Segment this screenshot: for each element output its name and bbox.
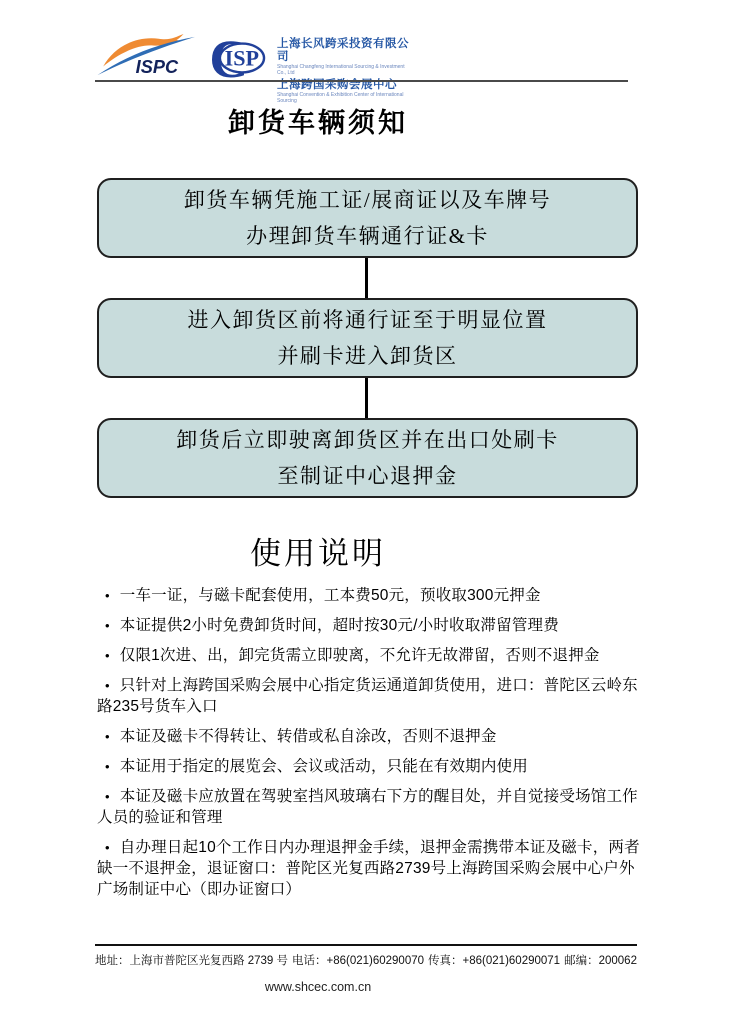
instruction-item: 自办理日起10个工作日内办理退押金手续，退押金需携带本证及磁卡，两者缺一不退押金…: [97, 837, 642, 900]
footer-postal-code: 邮编：200062: [564, 952, 637, 968]
flow-connector-2: [365, 378, 368, 418]
company-name-block: 上海长风跨采投资有限公司 Shanghai Changfeng Internat…: [277, 34, 409, 107]
footer-phone: 电话：+86(021)60290070: [292, 952, 424, 968]
company-en-line1: Shanghai Changfeng International Sourcin…: [277, 64, 409, 76]
flow-step-1-line2: 办理卸货车辆通行证&卡: [246, 218, 489, 254]
ispc-logo-icon: ISPC: [95, 34, 207, 78]
flow-step-3-line1: 卸货后立即驶离卸货区并在出口处刷卡: [176, 422, 559, 458]
footer-divider: [95, 944, 637, 946]
instructions-heading: 使用说明: [0, 528, 636, 573]
company-cn-line1: 上海长风跨采投资有限公司: [277, 38, 409, 64]
footer-contact-line: 地址：上海市普陀区光复西路 2739 号 电话：+86(021)60290070…: [95, 952, 637, 968]
flow-step-2-line2: 并刷卡进入卸货区: [278, 338, 458, 374]
footer-address: 地址：上海市普陀区光复西路 2739 号: [95, 952, 288, 968]
footer-fax: 传真：+86(021)60290071: [428, 952, 560, 968]
notice-document-page: ISPC C ISP 上海长风跨采投资有限公司 Shanghai Changfe…: [0, 0, 732, 1024]
instruction-item: 本证及磁卡应放置在驾驶室挡风玻璃右下方的醒目处，并自觉接受场馆工作人员的验证和管…: [97, 786, 642, 828]
instructions-list: 一车一证，与磁卡配套使用，工本费50元，预收取300元押金 本证提供2小时免费卸…: [97, 585, 642, 909]
flow-step-3-line2: 至制证中心退押金: [278, 458, 458, 494]
instruction-item: 本证用于指定的展览会、会议或活动，只能在有效期内使用: [97, 756, 642, 777]
instruction-item: 本证提供2小时免费卸货时间，超时按30元/小时收取滞留管理费: [97, 615, 642, 636]
page-title: 卸货车辆须知: [0, 101, 636, 140]
flow-step-1-line1: 卸货车辆凭施工证/展商证以及车牌号: [184, 182, 551, 218]
instruction-item: 只针对上海跨国采购会展中心指定货运通道卸货使用，进口：普陀区云岭东路235号货车…: [97, 675, 642, 717]
footer-website: www.shcec.com.cn: [0, 980, 636, 994]
cisp-logo-text: ISP: [225, 46, 259, 71]
instruction-item: 本证及磁卡不得转让、转借或私自涂改，否则不退押金: [97, 726, 642, 747]
cisp-logo-icon: C ISP: [211, 34, 271, 82]
flow-step-1: 卸货车辆凭施工证/展商证以及车牌号 办理卸货车辆通行证&卡: [97, 178, 638, 258]
flow-step-3: 卸货后立即驶离卸货区并在出口处刷卡 至制证中心退押金: [97, 418, 638, 498]
flow-step-2: 进入卸货区前将通行证至于明显位置 并刷卡进入卸货区: [97, 298, 638, 378]
header-divider: [95, 80, 628, 82]
flow-step-2-line1: 进入卸货区前将通行证至于明显位置: [188, 302, 548, 338]
flow-connector-1: [365, 258, 368, 298]
instruction-item: 一车一证，与磁卡配套使用，工本费50元，预收取300元押金: [97, 585, 642, 606]
instruction-item: 仅限1次进、出，卸完货需立即驶离，不允许无故滞留，否则不退押金: [97, 645, 642, 666]
header-logos: ISPC C ISP 上海长风跨采投资有限公司 Shanghai Changfe…: [95, 34, 409, 107]
ispc-logo-text: ISPC: [136, 57, 179, 77]
